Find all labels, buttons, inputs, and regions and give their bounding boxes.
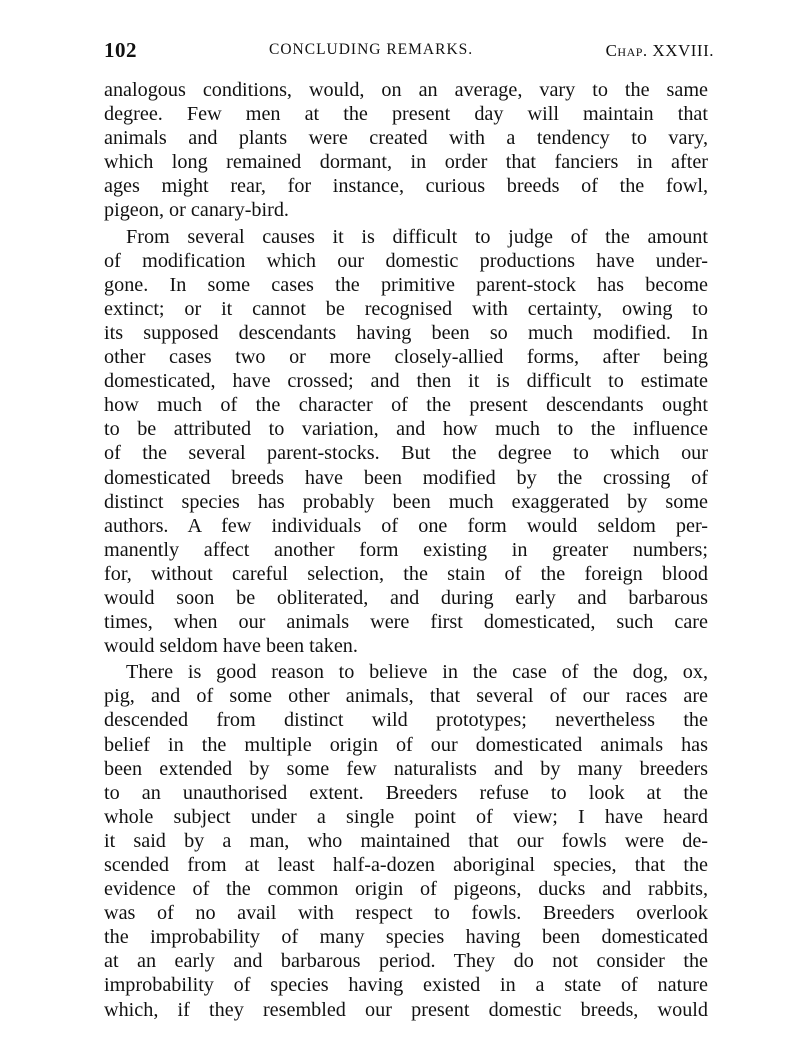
text-line: improbability of species having existed …	[104, 973, 708, 997]
chapter-reference: Chap. XXVIII.	[606, 41, 714, 61]
text-line: it said by a man, who maintained that ou…	[104, 829, 708, 853]
text-line: manently affect another form existing in…	[104, 538, 708, 562]
text-line: its supposed descendants having been so …	[104, 321, 708, 345]
page-number: 102	[104, 38, 137, 63]
text-line: distinct species has probably been much …	[104, 490, 708, 514]
text-line: other cases two or more closely-allied f…	[104, 345, 708, 369]
text-line: ages might rear, for instance, curious b…	[104, 174, 708, 198]
text-line: domesticated, have crossed; and then it …	[104, 369, 708, 393]
text-line: descended from distinct wild prototypes;…	[104, 708, 708, 732]
text-line: authors. A few individuals of one form w…	[104, 514, 708, 538]
text-line: scended from at least half-a-dozen abori…	[104, 853, 708, 877]
text-line: degree. Few men at the present day will …	[104, 102, 708, 126]
text-line: pigeon, or canary-bird.	[104, 198, 708, 222]
body-text: analogous conditions, would, on an avera…	[104, 78, 708, 1022]
text-line: which, if they resembled our present dom…	[104, 998, 708, 1022]
text-line: to an unauthorised extent. Breeders refu…	[104, 781, 708, 805]
paragraph: From several causes it is difficult to j…	[104, 225, 708, 659]
text-line: There is good reason to believe in the c…	[104, 660, 708, 684]
book-page: 102 CONCLUDING REMARKS. Chap. XXVIII. an…	[104, 38, 708, 1022]
text-line: how much of the character of the present…	[104, 393, 708, 417]
text-line: of modification which our domestic produ…	[104, 249, 708, 273]
text-line: at an early and barbarous period. They d…	[104, 949, 708, 973]
paragraph: There is good reason to believe in the c…	[104, 660, 708, 1021]
text-line: gone. In some cases the primitive parent…	[104, 273, 708, 297]
text-line: of the several parent-stocks. But the de…	[104, 441, 708, 465]
text-line: been extended by some few naturalists an…	[104, 757, 708, 781]
text-line: analogous conditions, would, on an avera…	[104, 78, 708, 102]
running-head: 102 CONCLUDING REMARKS. Chap. XXVIII.	[104, 38, 708, 72]
text-line: whole subject under a single point of vi…	[104, 805, 708, 829]
text-line: would seldom have been taken.	[104, 634, 708, 658]
text-line: for, without careful selection, the stai…	[104, 562, 708, 586]
chapter-title: CONCLUDING REMARKS.	[269, 41, 473, 59]
text-line: would soon be obliterated, and during ea…	[104, 586, 708, 610]
text-line: times, when our animals were first domes…	[104, 610, 708, 634]
text-line: animals and plants were created with a t…	[104, 126, 708, 150]
text-line: extinct; or it cannot be recognised with…	[104, 297, 708, 321]
text-line: was of no avail with respect to fowls. B…	[104, 901, 708, 925]
paragraph: analogous conditions, would, on an avera…	[104, 78, 708, 223]
text-line: domesticated breeds have been modified b…	[104, 466, 708, 490]
text-line: From several causes it is difficult to j…	[104, 225, 708, 249]
text-line: evidence of the common origin of pigeons…	[104, 877, 708, 901]
text-line: to be attributed to variation, and how m…	[104, 417, 708, 441]
text-line: belief in the multiple origin of our dom…	[104, 733, 708, 757]
text-line: pig, and of some other animals, that sev…	[104, 684, 708, 708]
text-line: the improbability of many species having…	[104, 925, 708, 949]
text-line: which long remained dormant, in order th…	[104, 150, 708, 174]
